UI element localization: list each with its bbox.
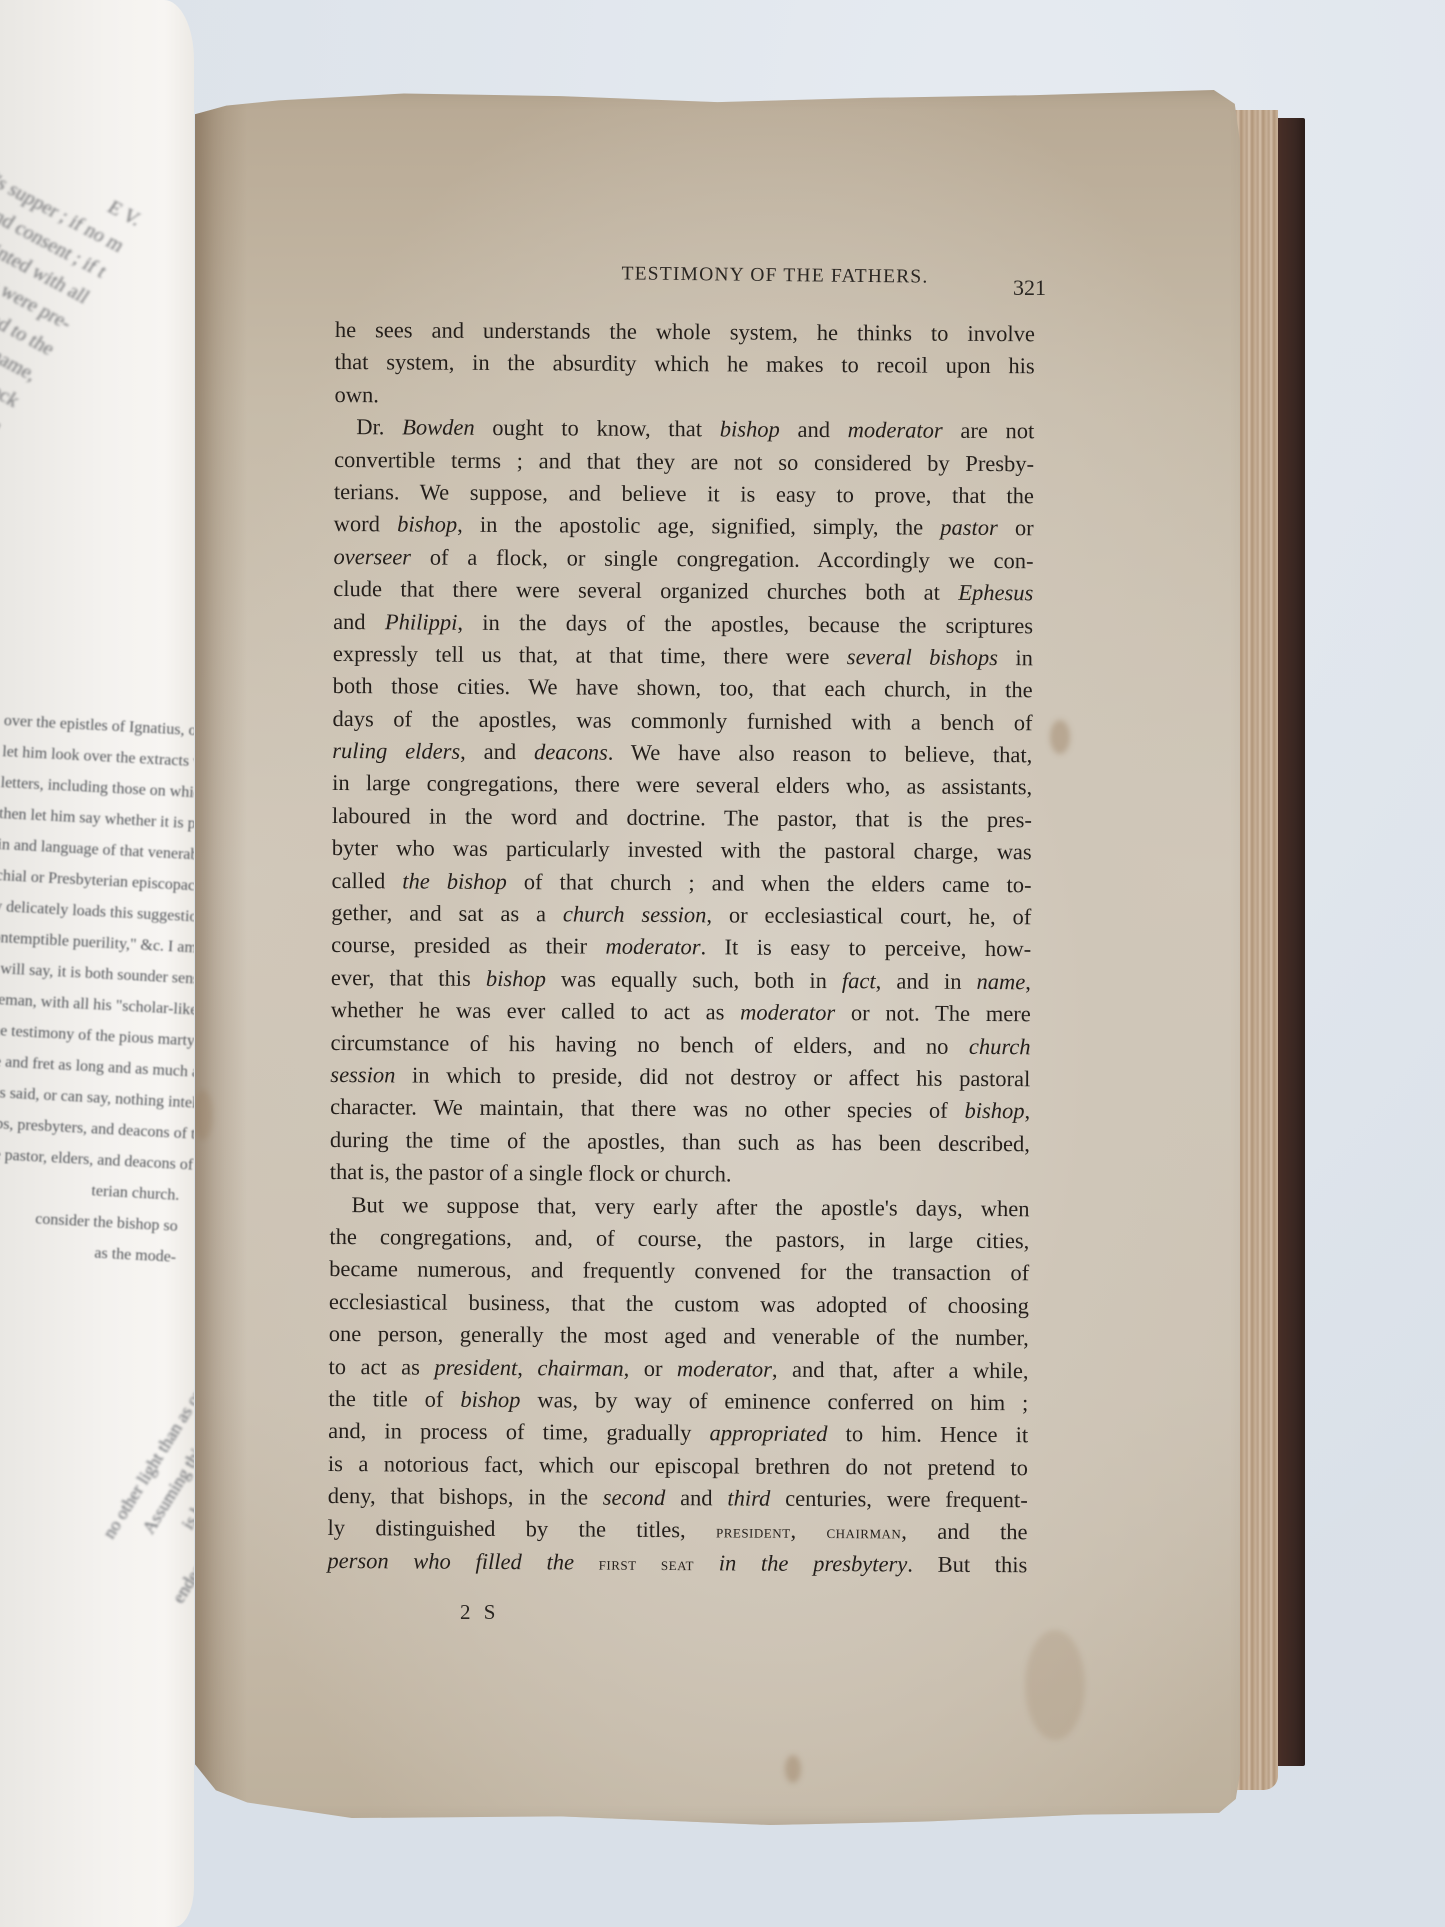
- text-line: terians. We suppose, and believe it is e…: [334, 476, 1034, 513]
- text-line: laboured in the word and doctrine. The p…: [332, 800, 1032, 837]
- text-line: and, in process of time, gradually appro…: [328, 1415, 1028, 1452]
- text-line: session in which to preside, did not des…: [330, 1059, 1030, 1096]
- text-line: overseer of a flock, or single congregat…: [333, 541, 1033, 578]
- text-line: in large congregations, there were sever…: [332, 767, 1032, 804]
- text-line: gether, and sat as a church session, or …: [331, 897, 1031, 934]
- text-line: days of the apostles, was commonly furni…: [332, 703, 1032, 740]
- text-line: expressly tell us that, at that time, th…: [333, 638, 1033, 675]
- facing-page-left: E V.ration the Lord's supper ; if no mof…: [0, 0, 194, 1927]
- text-line: one person, generally the most aged and …: [329, 1318, 1029, 1355]
- foxing-stain: [1025, 1630, 1085, 1740]
- text-line: became numerous, and frequently convened…: [329, 1253, 1029, 1290]
- text-line: convertible terms ; and that they are no…: [334, 444, 1034, 481]
- text-line: and Philippi, in the days of the apostle…: [333, 606, 1033, 643]
- foxing-stain: [1050, 720, 1070, 754]
- text-line: to act as president, chairman, or modera…: [328, 1350, 1028, 1387]
- foxing-stain: [785, 1755, 801, 1783]
- text-line: byter who was particularly invested with…: [332, 832, 1032, 869]
- text-line: own.: [334, 379, 1034, 416]
- text-line: word bishop, in the apostolic age, signi…: [334, 508, 1034, 545]
- facing-page-text-middle: over the epistles of Ignatius, or if hel…: [0, 705, 194, 1273]
- text-line: person who filled the first seat in the …: [327, 1545, 1027, 1582]
- body-text: he sees and understands the whole system…: [327, 314, 1035, 1581]
- text-line: that is, the pastor of a single flock or…: [330, 1156, 1030, 1193]
- signature-mark: 2 S: [460, 1600, 499, 1625]
- text-line: during the time of the apostles, than su…: [330, 1124, 1030, 1161]
- text-line: called the bishop of that church ; and w…: [331, 865, 1031, 902]
- text-line: Dr. Bowden ought to know, that bishop an…: [334, 411, 1034, 448]
- text-line: the title of bishop was, by way of emine…: [328, 1383, 1028, 1420]
- text-line: character. We maintain, that there was n…: [330, 1091, 1030, 1128]
- text-line: deny, that bishops, in the second and th…: [328, 1480, 1028, 1517]
- text-line: ly distinguished by the titles, presiden…: [327, 1512, 1027, 1549]
- text-line: ruling elders, and deacons. We have also…: [332, 735, 1032, 772]
- page-number: 321: [1013, 275, 1046, 301]
- facing-page-text-upper: E V.ration the Lord's supper ; if no mof…: [0, 40, 148, 571]
- text-line: ecclesiastical business, that the custom…: [329, 1286, 1029, 1323]
- book-page-321: TESTIMONY OF THE FATHERS. 321 he sees an…: [195, 90, 1240, 1825]
- facing-page-text-lower: no other light than as out ofAssuming th…: [30, 1360, 194, 1796]
- text-line: is a notorious fact, which our episcopal…: [328, 1448, 1028, 1485]
- text-line: clude that there were several organized …: [333, 573, 1033, 610]
- text-line: both those cities. We have shown, too, t…: [333, 670, 1033, 707]
- text-line: circumstance of his having no bench of e…: [330, 1027, 1030, 1064]
- text-line: whether he was ever called to act as mod…: [331, 994, 1031, 1031]
- foxing-stain: [193, 1090, 213, 1140]
- text-line: the congregations, and, of course, the p…: [329, 1221, 1029, 1258]
- text-line: ever, that this bishop was equally such,…: [331, 962, 1031, 999]
- text-line: course, presided as their moderator. It …: [331, 929, 1031, 966]
- running-head: TESTIMONY OF THE FATHERS.: [495, 262, 1055, 290]
- text-line: he sees and understands the whole system…: [335, 314, 1035, 351]
- text-line: that system, in the absurdity which he m…: [335, 346, 1035, 383]
- text-line: But we suppose that, very early after th…: [329, 1189, 1029, 1226]
